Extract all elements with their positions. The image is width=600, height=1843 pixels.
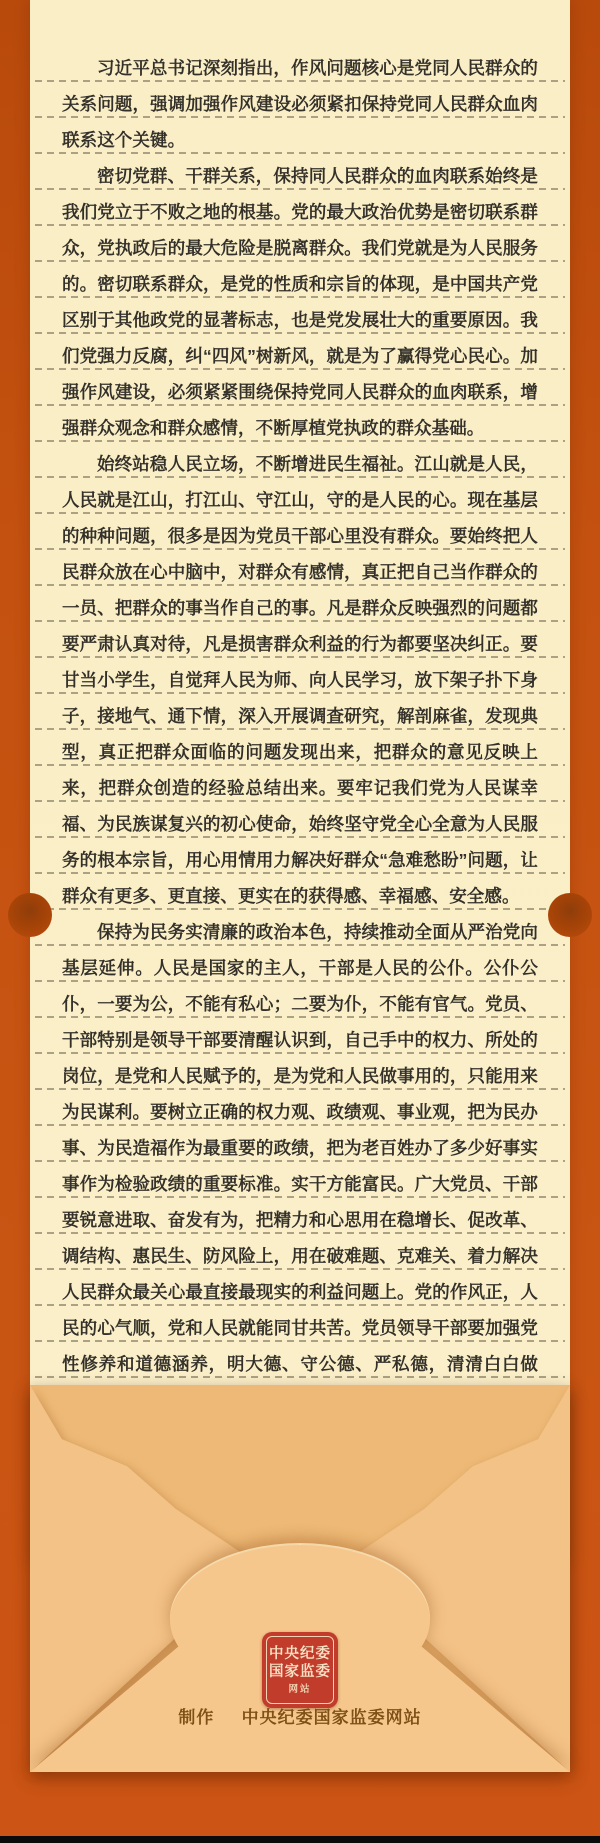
seal-text-line1: 中央纪委	[269, 1646, 331, 1664]
paragraph: 始终站稳人民立场，不断增进民生福祉。江山就是人民，人民就是江山，打江山、守江山，…	[62, 446, 538, 914]
credit-line: 制作中央纪委国家监委网站	[30, 1703, 570, 1728]
cctdi-seal-logo: 中央纪委 国家监委 网站	[262, 1632, 338, 1708]
paragraph: 密切党群、干群关系，保持同人民群众的血肉联系始终是我们党立于不败之地的根基。党的…	[62, 158, 538, 446]
article-text: 习近平总书记深刻指出，作风问题核心是党同人民群众的关系问题，强调加强作风建设必须…	[62, 50, 538, 1454]
seal-text-line3: 网站	[288, 1684, 311, 1695]
article-page: 习近平总书记深刻指出，作风问题核心是党同人民群众的关系问题，强调加强作风建设必须…	[0, 0, 600, 1843]
credit-name: 中央纪委国家监委网站	[242, 1708, 422, 1727]
seal-inner-frame: 中央纪委 国家监委 网站	[266, 1636, 334, 1704]
bottom-black-bar	[0, 1836, 600, 1843]
seal-text-line2: 国家监委	[269, 1664, 331, 1682]
ticket-notch-right	[548, 893, 592, 937]
letter-paper: 习近平总书记深刻指出，作风问题核心是党同人民群众的关系问题，强调加强作风建设必须…	[30, 0, 570, 1562]
paragraph: 习近平总书记深刻指出，作风问题核心是党同人民群众的关系问题，强调加强作风建设必须…	[62, 50, 538, 158]
ticket-notch-left	[8, 893, 52, 937]
envelope: 中央纪委 国家监委 网站 制作中央纪委国家监委网站	[30, 1385, 570, 1772]
credit-label: 制作	[178, 1708, 214, 1727]
paragraph: 保持为民务实清廉的政治本色，持续推动全面从严治党向基层延伸。人民是国家的主人，干…	[62, 914, 538, 1454]
